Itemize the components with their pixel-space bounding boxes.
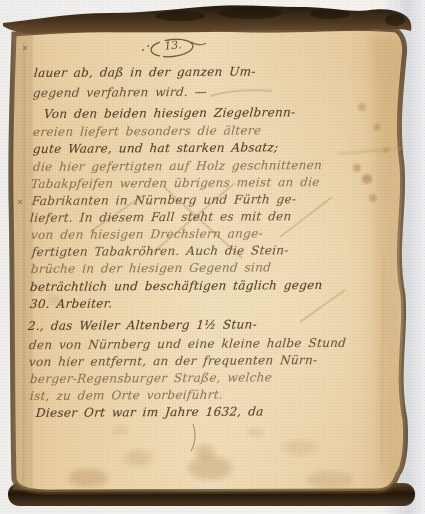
handwritten-line: von den hiesigen Drechslern ange-: [30, 226, 263, 242]
handwritten-line: brüche in der hiesigen Gegend sind: [30, 260, 271, 276]
handwritten-line: beträchtlich und beschäftigen täglich ge…: [29, 278, 323, 294]
handwritten-line: Tabakpfeifen werden übrigens meist an di…: [30, 175, 320, 191]
handwritten-line: gegend verfahren wird. —: [32, 85, 207, 100]
handwritten-line: den von Nürnberg und eine kleine halbe S…: [28, 336, 346, 352]
handwritten-line: ist, zu dem Orte vorbeiführt.: [29, 388, 223, 403]
page-number: 13.: [156, 38, 189, 54]
handwritten-line: von hier entfernt, an der frequenten Nür…: [28, 353, 318, 369]
handwritten-line: Dieser Ort war im Jahre 1632, da: [35, 404, 264, 420]
handwritten-line: liefert. In diesem Fall steht es mit den: [29, 209, 292, 225]
handwritten-line: 2., das Weiler Altenberg 1½ Stun-: [27, 317, 257, 333]
handwritten-line: Von den beiden hiesigen Ziegelbrenn-: [43, 105, 296, 121]
top-torn-edge: [3, 5, 411, 33]
handwritten-line: gute Waare, und hat starken Absatz;: [32, 140, 279, 156]
handwritten-line: ereien liefert besonders die ältere: [32, 123, 261, 139]
handwritten-line: die hier gefertigten auf Holz geschnitte…: [32, 158, 322, 174]
manuscript-scan: 13. lauer ab, daß in der ganzen Um- gege…: [0, 0, 425, 514]
handwritten-line: 30. Arbeiter.: [29, 296, 113, 311]
handwritten-line: berger-Regensburger Straße, welche: [29, 370, 272, 386]
handwritten-line: fertigten Tabakröhren. Auch die Stein-: [31, 243, 289, 259]
handwritten-line: Fabrikanten in Nürnberg und Fürth ge-: [31, 192, 296, 208]
handwritten-line: lauer ab, daß in der ganzen Um-: [33, 64, 256, 80]
